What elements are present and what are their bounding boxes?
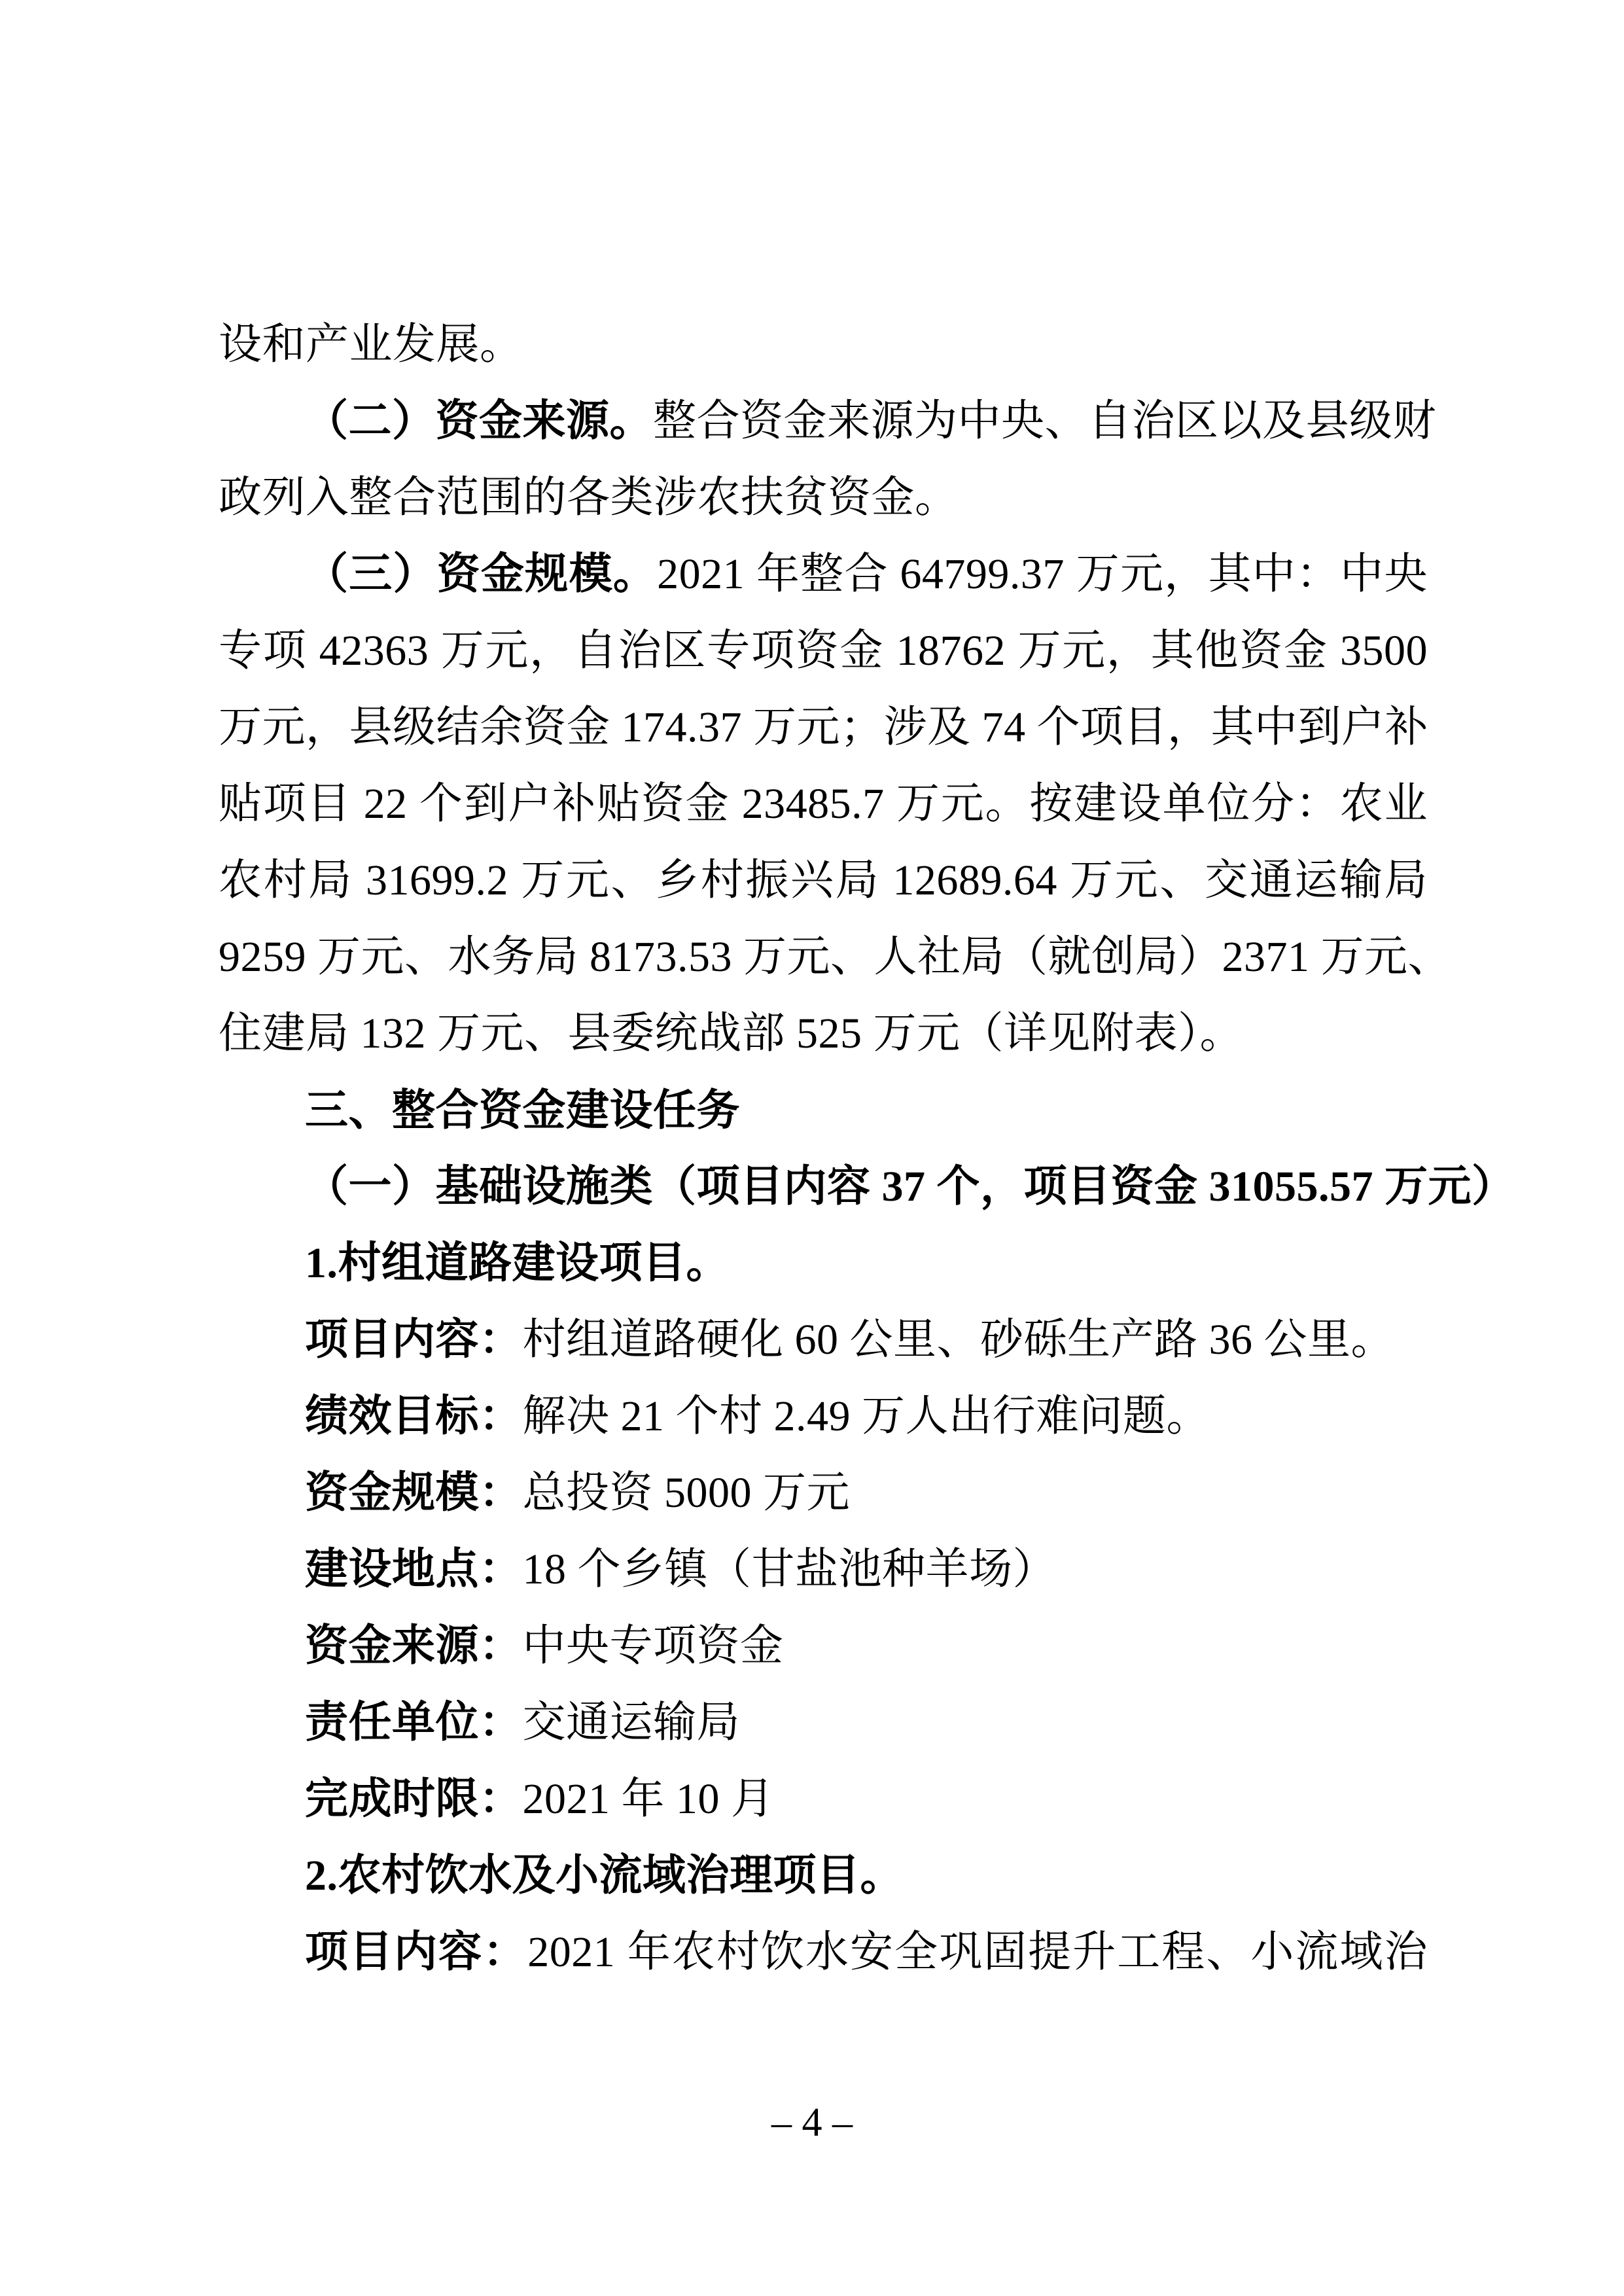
bold-text-run: 资金规模： bbox=[305, 1469, 523, 1517]
page-number: – 4 – bbox=[0, 2099, 1624, 2146]
text-run: 交通运输局 bbox=[523, 1699, 741, 1746]
bold-text-run: 2.农村饮水及小流域治理项目。 bbox=[305, 1852, 904, 1899]
item-1-field-content: 项目内容：村组道路硬化 60 公里、砂砾生产路 36 公里。 bbox=[219, 1301, 1428, 1378]
text-run: 贴项目 22 个到户补贴资金 23485.7 万元。按建设单位分：农业 bbox=[219, 780, 1428, 828]
text-run: 农村局 31699.2 万元、乡村振兴局 12689.64 万元、交通运输局 bbox=[219, 857, 1428, 904]
text-run: 18 个乡镇（甘盐池种羊场） bbox=[523, 1545, 1057, 1593]
bold-text-run: 资金来源： bbox=[305, 1622, 523, 1670]
text-run: 村组道路硬化 60 公里、砂砾生产路 36 公里。 bbox=[523, 1316, 1395, 1364]
text-run: 住建局 132 万元、县委统战部 525 万元（详见附表）。 bbox=[219, 1010, 1243, 1057]
document-page: 设和产业发展。（二）资金来源。整合资金来源为中央、自治区以及县级财政列入整合范围… bbox=[0, 0, 1624, 2296]
bold-text-run: 完成时限： bbox=[305, 1775, 523, 1823]
para-funding-scale-line3: 万元，县级结余资金 174.37 万元；涉及 74 个项目，其中到户补 bbox=[219, 689, 1428, 766]
para-funding-scale-start: （三）资金规模。2021 年整合 64799.37 万元，其中：中央 bbox=[219, 536, 1428, 612]
item-1-field-performance: 绩效目标：解决 21 个村 2.49 万人出行难问题。 bbox=[219, 1378, 1428, 1455]
para-funding-scale-line5: 农村局 31699.2 万元、乡村振兴局 12689.64 万元、交通运输局 bbox=[219, 842, 1428, 919]
section-heading-3: 三、整合资金建设任务 bbox=[219, 1072, 1428, 1148]
item-1-field-deadline: 完成时限：2021 年 10 月 bbox=[219, 1761, 1428, 1837]
text-run: 专项 42363 万元，自治区专项资金 18762 万元，其他资金 3500 bbox=[219, 627, 1428, 675]
bold-text-run: 项目内容： bbox=[305, 1316, 523, 1364]
text-run: 政列入整合范围的各类涉农扶贫资金。 bbox=[219, 474, 959, 521]
bold-text-run: （二）资金来源。 bbox=[305, 397, 653, 445]
bold-text-run: （三）资金规模。 bbox=[305, 550, 657, 598]
text-run: 解决 21 个村 2.49 万人出行难问题。 bbox=[523, 1392, 1210, 1440]
bold-text-run: （一）基础设施类（项目内容 37 个，项目资金 31055.57 万元） bbox=[305, 1163, 1515, 1210]
item-1-field-scale: 资金规模：总投资 5000 万元 bbox=[219, 1455, 1428, 1531]
text-run: 中央专项资金 bbox=[523, 1622, 784, 1670]
item-2-field-content-start: 项目内容：2021 年农村饮水安全巩固提升工程、小流域治 bbox=[219, 1914, 1428, 1990]
para-funding-source-start: （二）资金来源。整合资金来源为中央、自治区以及县级财 bbox=[219, 383, 1428, 459]
bold-text-run: 建设地点： bbox=[305, 1545, 523, 1593]
para-funding-source-end: 政列入整合范围的各类涉农扶贫资金。 bbox=[219, 459, 1428, 536]
para-funding-scale-line2: 专项 42363 万元，自治区专项资金 18762 万元，其他资金 3500 bbox=[219, 612, 1428, 689]
bold-text-run: 三、整合资金建设任务 bbox=[305, 1086, 740, 1134]
text-run: 万元，县级结余资金 174.37 万元；涉及 74 个项目，其中到户补 bbox=[219, 703, 1428, 751]
text-run: 设和产业发展。 bbox=[219, 321, 523, 368]
item-1-heading: 1.村组道路建设项目。 bbox=[219, 1225, 1428, 1301]
item-1-field-source: 资金来源：中央专项资金 bbox=[219, 1608, 1428, 1684]
item-1-field-location: 建设地点：18 个乡镇（甘盐池种羊场） bbox=[219, 1531, 1428, 1608]
para-funding-scale-end: 住建局 132 万元、县委统战部 525 万元（详见附表）。 bbox=[219, 995, 1428, 1072]
bold-text-run: 项目内容： bbox=[305, 1928, 527, 1976]
text-run: 9259 万元、水务局 8173.53 万元、人社局（就创局）2371 万元、 bbox=[219, 933, 1451, 981]
text-run: 2021 年整合 64799.37 万元，其中：中央 bbox=[657, 550, 1428, 598]
para-funding-scale-line6: 9259 万元、水务局 8173.53 万元、人社局（就创局）2371 万元、 bbox=[219, 919, 1428, 995]
item-2-heading: 2.农村饮水及小流域治理项目。 bbox=[219, 1837, 1428, 1914]
item-1-field-unit: 责任单位：交通运输局 bbox=[219, 1684, 1428, 1761]
bold-text-run: 1.村组道路建设项目。 bbox=[305, 1239, 730, 1287]
para-funding-scale-line4: 贴项目 22 个到户补贴资金 23485.7 万元。按建设单位分：农业 bbox=[219, 766, 1428, 842]
text-run: 2021 年农村饮水安全巩固提升工程、小流域治 bbox=[527, 1928, 1428, 1976]
subsection-heading-infrastructure: （一）基础设施类（项目内容 37 个，项目资金 31055.57 万元） bbox=[219, 1148, 1428, 1225]
text-run: 2021 年 10 月 bbox=[523, 1775, 775, 1823]
text-run: 整合资金来源为中央、自治区以及县级财 bbox=[653, 397, 1436, 445]
bold-text-run: 绩效目标： bbox=[305, 1392, 523, 1440]
body-line-continuation: 设和产业发展。 bbox=[219, 306, 1428, 383]
bold-text-run: 责任单位： bbox=[305, 1699, 523, 1746]
document-body: 设和产业发展。（二）资金来源。整合资金来源为中央、自治区以及县级财政列入整合范围… bbox=[219, 306, 1428, 1990]
text-run: 总投资 5000 万元 bbox=[523, 1469, 851, 1517]
